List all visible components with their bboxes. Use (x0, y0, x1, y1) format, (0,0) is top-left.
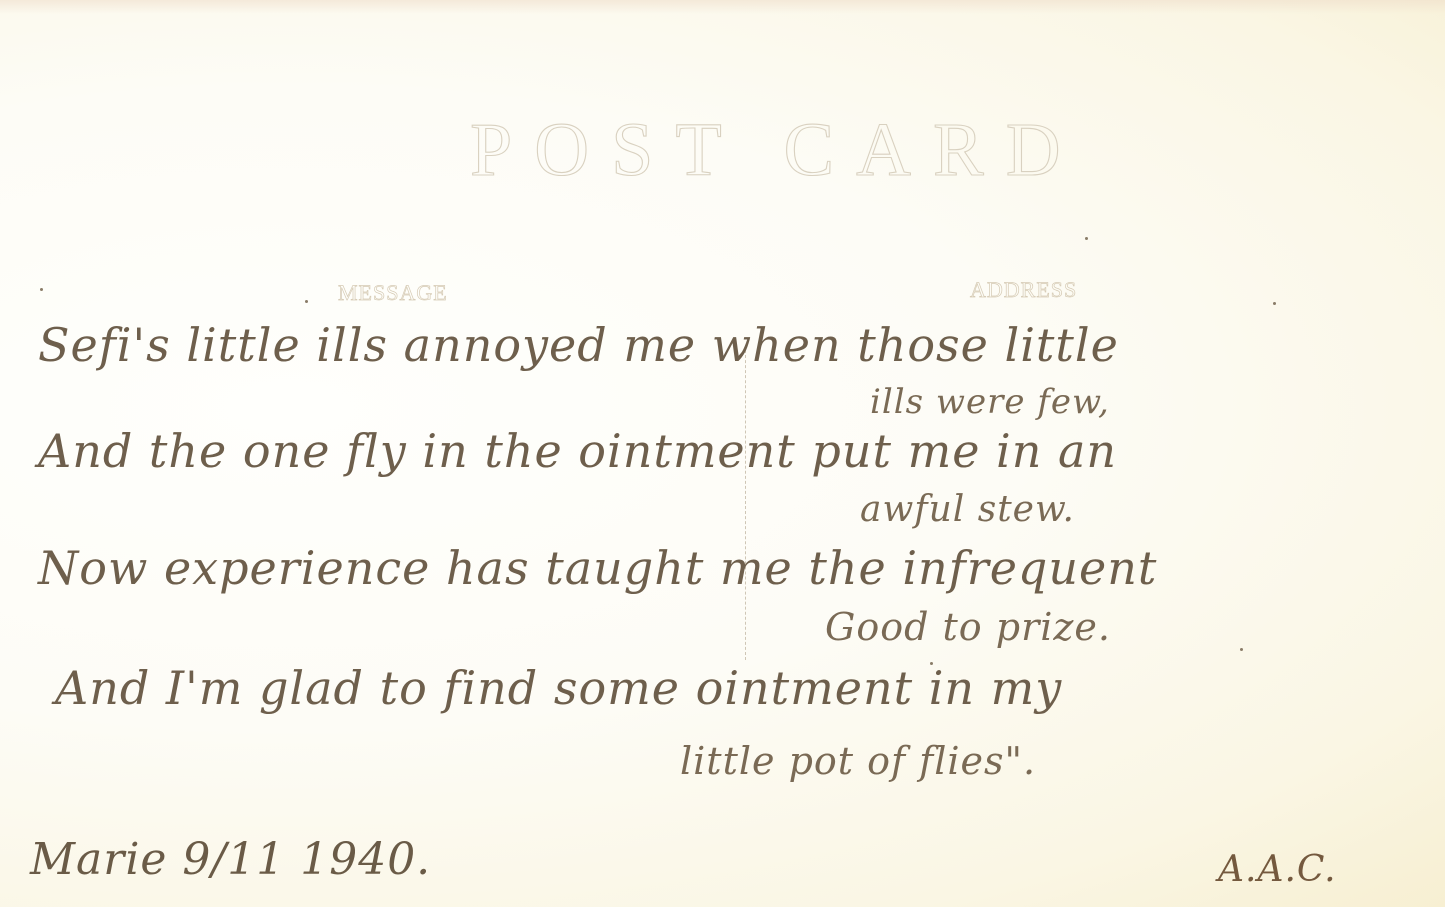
handwritten-line: Now experience has taught me the infrequ… (38, 545, 1157, 591)
signature-date: Marie 9/11 1940. (30, 838, 431, 882)
handwritten-line: ills were few, (870, 385, 1110, 419)
message-label: MESSAGE (338, 282, 448, 304)
postcard-back: POST CARD MESSAGE ADDRESS Sefi's little … (0, 0, 1445, 907)
address-label: ADDRESS (970, 279, 1077, 301)
handwritten-line: And I'm glad to find some ointment in my (55, 665, 1062, 711)
printed-title: POST CARD (470, 112, 1010, 188)
paper-speck (305, 300, 308, 303)
paper-speck (1240, 648, 1243, 651)
handwritten-line: little pot of flies". (680, 742, 1036, 780)
paper-speck (930, 662, 933, 665)
center-divider-line (745, 350, 746, 660)
paper-speck (1085, 237, 1088, 240)
handwritten-line: Good to prize. (825, 608, 1111, 646)
signature-initials: A.A.C. (1218, 852, 1337, 888)
handwritten-line: awful stew. (860, 492, 1075, 528)
handwritten-line: Sefi's little ills annoyed me when those… (38, 322, 1119, 368)
paper-speck (40, 288, 43, 291)
paper-speck (1273, 302, 1276, 305)
handwritten-line: And the one fly in the ointment put me i… (38, 428, 1117, 474)
